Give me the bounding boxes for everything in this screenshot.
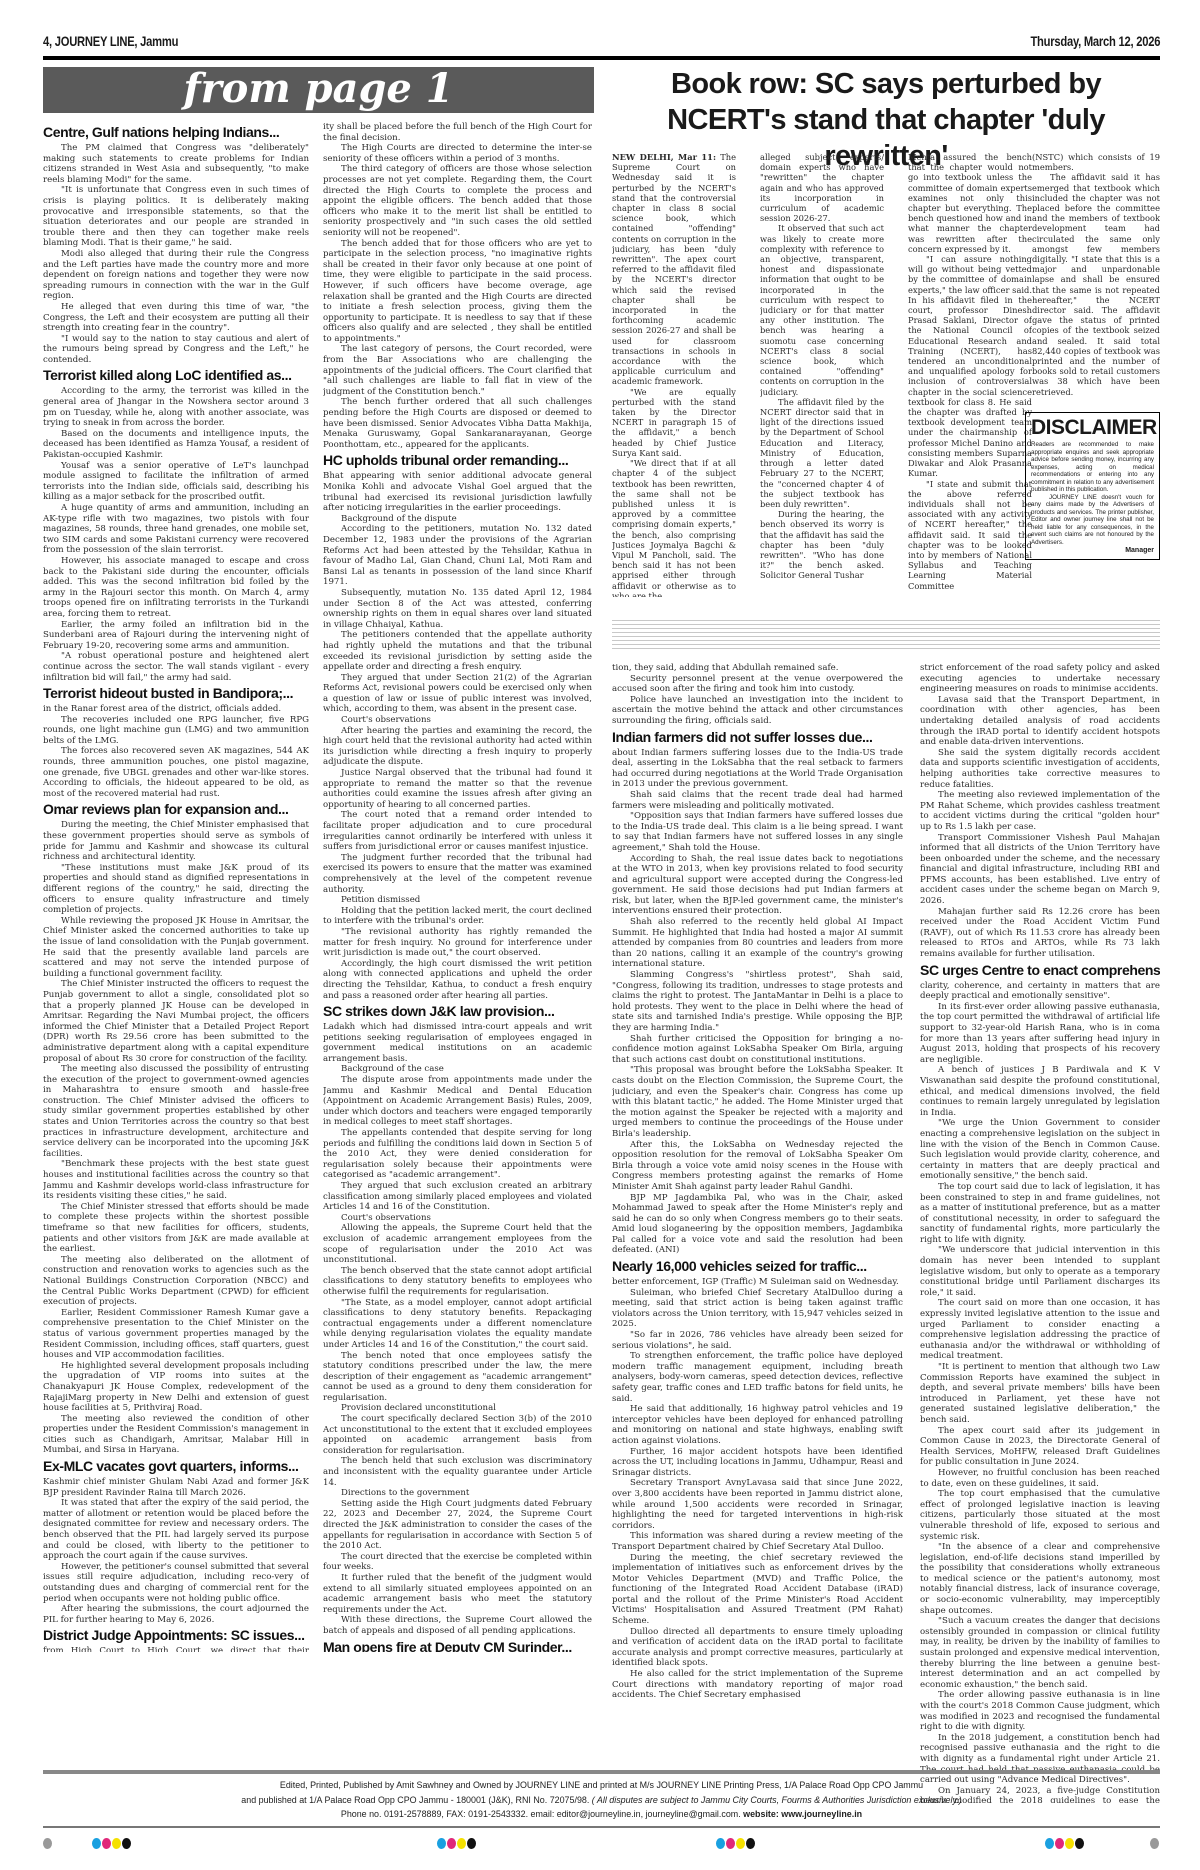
issue-date: Thursday, March 12, 2026	[1030, 33, 1160, 49]
paragraph: Lavasa said that the Transport Departmen…	[920, 695, 1160, 748]
masthead-rule	[43, 56, 1160, 60]
paragraph: The recoveries included one RPG launcher…	[43, 715, 309, 747]
subheading: Directions to the government	[323, 1488, 592, 1499]
paragraph: Transport Commissioner Vishesh Paul Maha…	[920, 833, 1160, 907]
paragraph: Suleiman, who briefed Chief Secretary At…	[612, 1288, 903, 1330]
paragraph: The court said on more than one occasion…	[920, 1298, 1160, 1362]
paragraph: "I state and submit that the above refer…	[908, 479, 1032, 591]
page-folio: 4, JOURNEY LINE, Jammu	[43, 33, 178, 49]
paragraph: The High Courts are directed to determin…	[323, 143, 592, 164]
story-bandipora-hideout: Terrorist hideout busted in Bandipora;..…	[43, 685, 309, 799]
footer-rule	[43, 1770, 1160, 1774]
disclaimer-title: DISCLAIMER	[1031, 417, 1154, 439]
story-headline: Omar reviews plan for expansion and...	[43, 801, 309, 818]
subheading: Background of the case	[323, 1064, 592, 1075]
paragraph: According to Shah, the real issue dates …	[612, 854, 903, 918]
paragraph: "A robust operational posture and height…	[43, 651, 309, 683]
color-registration-marks	[716, 1838, 755, 1850]
story-hc-tribunal: HC upholds tribunal order remanding... B…	[323, 452, 592, 1001]
paragraph: A bench of justices J B Pardiwala and K …	[920, 1065, 1160, 1118]
dateline: NEW DELHI, Mar 11:	[612, 152, 716, 162]
paragraph: A huge quantity of arms and ammunition, …	[43, 503, 309, 556]
story-headline: Centre, Gulf nations helping Indians...	[43, 124, 309, 141]
story-headline: SC urges Centre to enact comprehensive..…	[920, 962, 1160, 979]
disclaimer-body: JOURNEY LINE doesn't vouch for any claim…	[1031, 494, 1154, 547]
color-registration-marks	[437, 1838, 476, 1850]
paragraph: The third category of officers are those…	[323, 164, 592, 238]
paragraph: "We direct that if at all chapter 4 of t…	[612, 458, 736, 597]
story-man-opens-fire-cont: tion, they said, adding that Abdullah re…	[612, 663, 903, 727]
paragraph: After this, the LokSabha on Wednesday re…	[612, 1140, 903, 1193]
paragraph: Slamming Congress's "shirtless protest",…	[612, 970, 903, 1034]
story-headline: Nearly 16,000 vehicles seized for traffi…	[612, 1258, 903, 1275]
imprint-jurisdiction-note: ( All disputes are subject to Jammu City…	[592, 1794, 962, 1805]
paragraph: The top court said due to lack of legisl…	[920, 1182, 1160, 1246]
paragraph: "This proposal was brought before the Lo…	[612, 1065, 903, 1139]
paragraph: "The State, as a model employer, cannot …	[323, 1298, 592, 1351]
color-registration-marks	[92, 1838, 131, 1850]
paragraph: in the Ranar forest area of the district…	[43, 704, 309, 715]
paragraph: However, no fruitful conclusion has been…	[920, 1468, 1160, 1489]
paragraph: The last category of persons, the Court …	[323, 344, 592, 397]
subheading: Background of the dispute	[323, 514, 592, 525]
paragraph: Earlier, the army foiled an infiltration…	[43, 620, 309, 652]
paragraph: Secretary Transport AvnyLavasa said that…	[612, 1478, 903, 1531]
from-page-1-banner: from page 1	[43, 67, 594, 113]
subheading: Court's observations	[323, 1213, 592, 1224]
paragraph: According to the petitioners, mutation N…	[323, 524, 592, 588]
story-centre-gulf: Centre, Gulf nations helping Indians... …	[43, 124, 309, 365]
subheading: Petition dismissed	[323, 895, 592, 906]
lead-story-column-4: (NSTC) which consists of 19 members. The…	[1032, 152, 1160, 407]
paragraph: ity shall be placed before the full benc…	[323, 122, 592, 143]
paragraph: Subsequently, mutation No. 135 dated Apr…	[323, 588, 592, 630]
paragraph: "These institutions must make J&K proud …	[43, 863, 309, 916]
paragraph: The Chief Minister instructed the office…	[43, 979, 309, 1064]
story-vehicles-seized-cont: strict enforcement of the road safety po…	[920, 663, 1160, 960]
imprint-line-3: Phone no. 0191-2578889, FAX: 0191-254333…	[71, 1807, 1132, 1822]
paragraph: "Benchmark these projects with the best …	[43, 1159, 309, 1201]
paragraph: Shah said claims that the recent trade d…	[612, 790, 903, 811]
lead-story-column-2: alleged subject experts/ domain experts …	[760, 152, 884, 597]
paragraph: During the meeting, the chief secretary …	[612, 1553, 903, 1627]
story-ex-mlc-quarters: Ex-MLC vacates govt quarters, informs...…	[43, 1458, 309, 1625]
paragraph: Based on the documents and intelligence …	[43, 429, 309, 461]
left-column: Centre, Gulf nations helping Indians... …	[43, 122, 309, 1652]
paragraph: To strengthen enforcement, the traffic p…	[612, 1351, 903, 1404]
paragraph: The forces also recovered seven AK magaz…	[43, 746, 309, 799]
paragraph: Kashmir chief minister Ghulam Nabi Azad …	[43, 1477, 309, 1498]
paragraph: It was stated that after the expiry of t…	[43, 1498, 309, 1562]
lead-story-column-1: NEW DELHI, Mar 11: The Supreme Court on …	[612, 152, 736, 597]
paragraph: BJP MP Jagdambika Pal, who was in the Ch…	[612, 1193, 903, 1257]
imprint-line-1: Edited, Printed, Published by Amit Sawhn…	[71, 1778, 1132, 1793]
paragraph: The affidavit filed by the NCERT directo…	[760, 397, 884, 509]
paragraph: The Chief Minister stressed that efforts…	[43, 1202, 309, 1255]
paragraph: Further, 16 major accident hotspots have…	[612, 1447, 903, 1479]
lower-middle-column: tion, they said, adding that Abdullah re…	[612, 663, 903, 1803]
story-headline: District Judge Appointments: SC issues..…	[43, 1627, 309, 1644]
paragraph: The petitioners contended that the appel…	[323, 630, 592, 672]
paragraph: Holding that the petition lacked merit, …	[323, 906, 592, 927]
paragraph: better enforcement, IGP (Traffic) M Sule…	[612, 1277, 903, 1288]
paragraph: It further ruled that the benefit of the…	[323, 1573, 592, 1615]
paragraph: The court specifically declared Section …	[323, 1414, 592, 1456]
paragraph: clarity, coherence, and certainty in mat…	[920, 981, 1160, 1002]
paragraph: Justice Nargal observed that the tribuna…	[323, 768, 592, 810]
lower-right-column: strict enforcement of the road safety po…	[920, 663, 1160, 1803]
paragraph: The appellants contended that despite se…	[323, 1128, 592, 1181]
paragraph: According to the army, the terrorist was…	[43, 386, 309, 428]
paragraph: "The revisional authority has rightly re…	[323, 927, 592, 959]
paragraph: (NSTC) which consists of 19 members.	[1032, 152, 1160, 172]
paragraph: With these directions, the Supreme Court…	[323, 1615, 592, 1636]
paragraph: "I would say to the nation to stay cauti…	[43, 334, 309, 366]
story-terrorist-killed-loc: Terrorist killed along LoC identified as…	[43, 367, 309, 683]
paragraph: He also called for the strict implementa…	[612, 1669, 903, 1701]
paragraph: This information was shared during a rev…	[612, 1531, 903, 1552]
middle-column: ity shall be placed before the full benc…	[323, 122, 592, 1652]
paragraph: The court directed that the exercise be …	[323, 1552, 592, 1573]
paragraph: strict enforcement of the road safety po…	[920, 663, 1160, 695]
paragraph: Allowing the appeals, the Supreme Court …	[323, 1223, 592, 1265]
subheading: Provision declared unconstitutional	[323, 1403, 592, 1414]
disclaimer-signature: Manager	[1031, 547, 1154, 554]
paragraph: Yousaf was a senior operative of LeT's l…	[43, 461, 309, 503]
story-sc-urges-centre: SC urges Centre to enact comprehensive..…	[920, 962, 1160, 1803]
story-sc-strikes-down: SC strikes down J&K law provision... Lad…	[323, 1003, 592, 1636]
paragraph: The apex court said after its judgement …	[920, 1426, 1160, 1468]
paragraph: from High Court to High Court, we direct…	[43, 1646, 309, 1652]
story-man-opens-fire: Man opens fire at Deputy CM Surinder... …	[323, 1639, 592, 1652]
story-omar-reviews: Omar reviews plan for expansion and... D…	[43, 801, 309, 1456]
paragraph: Mahajan further said Rs 12.26 crore has …	[920, 907, 1160, 960]
story-indian-farmers: Indian farmers did not suffer losses due…	[612, 729, 903, 1257]
registration-mark	[43, 1838, 52, 1850]
paragraph: "We underscore that judicial interventio…	[920, 1245, 1160, 1298]
paragraph: The dispute arose from appointments made…	[323, 1075, 592, 1128]
paragraph: The bench added that for those officers …	[323, 239, 592, 345]
paragraph: The judgment further recorded that the t…	[323, 853, 592, 895]
story-headline: Terrorist hideout busted in Bandipora;..…	[43, 685, 309, 702]
masthead: 4, JOURNEY LINE, Jammu Thursday, March 1…	[43, 33, 1160, 53]
paragraph: They argued that such exclusion created …	[323, 1181, 592, 1213]
subheading: Court's observations	[323, 715, 592, 726]
story-headline: Terrorist killed along LoC identified as…	[43, 367, 309, 384]
paragraph: about Indian farmers suffering losses du…	[612, 748, 903, 790]
story-headline: Ex-MLC vacates govt quarters, informs...	[43, 1458, 309, 1475]
paragraph: Setting aside the High Court judgments d…	[323, 1499, 592, 1552]
paragraph: The meeting also reviewed the condition …	[43, 1414, 309, 1456]
paragraph: After hearing the parties and examining …	[323, 726, 592, 768]
paragraph: After hearing the submissions, the court…	[43, 1604, 309, 1625]
paragraph: "It is pertinent to mention that althoug…	[920, 1362, 1160, 1426]
paragraph: The bench further ordered that all such …	[323, 397, 592, 450]
story-district-judge-cont: ity shall be placed before the full benc…	[323, 122, 592, 450]
paragraph: The meeting also discussed the possibili…	[43, 1064, 309, 1159]
paragraph: tion, they said, adding that Abdullah re…	[612, 663, 903, 674]
story-headline: Man opens fire at Deputy CM Surinder...	[323, 1639, 592, 1652]
story-district-judge: District Judge Appointments: SC issues..…	[43, 1627, 309, 1652]
paragraph: However, his associate managed to escape…	[43, 556, 309, 620]
imprint-contact: Phone no. 0191-2578889, FAX: 0191-254333…	[341, 1808, 741, 1819]
paragraph: The bench observed that the state cannot…	[323, 1266, 592, 1298]
paragraph: Dulloo directed all departments to ensur…	[612, 1627, 903, 1669]
paragraph: alleged subject experts/ domain experts …	[760, 152, 884, 223]
lead-story-column-3: Mehta assured the bench that the chapter…	[908, 152, 1032, 597]
paragraph: The bench held that such exclusion was d…	[323, 1456, 592, 1488]
paragraph: Bhat appearing with senior additional ad…	[323, 471, 592, 513]
disclaimer-body: Readers are recommended to make appropri…	[1031, 441, 1154, 494]
paragraph: Modi also alleged that during their rule…	[43, 249, 309, 302]
paragraph: She said the system digitally records ac…	[920, 748, 1160, 790]
paragraph: They argued that under Section 21(2) of …	[323, 673, 592, 715]
story-headline: Indian farmers did not suffer losses due…	[612, 729, 903, 746]
section-divider	[612, 620, 1160, 650]
paragraph: It observed that such act was likely to …	[760, 223, 884, 396]
paragraph: The meeting also reviewed implementation…	[920, 790, 1160, 832]
paragraph: The meeting also deliberated on the allo…	[43, 1255, 309, 1308]
paragraph: He alleged that even during this time of…	[43, 302, 309, 334]
story-headline: HC upholds tribunal order remanding...	[323, 452, 592, 469]
paragraph: The order allowing passive euthanasia is…	[920, 1690, 1160, 1732]
paragraph: "It is unfortunate that Congress even in…	[43, 185, 309, 249]
registration-mark	[1150, 1838, 1159, 1850]
paragraph: However, the petitioner's counsel submit…	[43, 1562, 309, 1604]
paragraph: "In the absence of a clear and comprehen…	[920, 1542, 1160, 1616]
paragraph: Police have launched an investigation in…	[612, 695, 903, 727]
paragraph: In its first-ever order allowing passive…	[920, 1002, 1160, 1066]
paragraph: During the meeting, the Chief Minister e…	[43, 820, 309, 862]
paragraph: The PM claimed that Congress was "delibe…	[43, 143, 309, 185]
paragraph: The Supreme Court on Wednesday said it i…	[612, 152, 736, 386]
paragraph: He highlighted several development propo…	[43, 1361, 309, 1414]
paragraph: "We urge the Union Government to conside…	[920, 1118, 1160, 1182]
story-headline: SC strikes down J&K law provision...	[323, 1003, 592, 1020]
paragraph: The bench noted that once employees sati…	[323, 1351, 592, 1404]
imprint: Edited, Printed, Published by Amit Sawhn…	[71, 1778, 1132, 1822]
paragraph: "I can assure nothing will go without be…	[908, 254, 1032, 478]
paragraph: Earlier, Resident Commissioner Ramesh Ku…	[43, 1308, 309, 1361]
footer-rule	[43, 1826, 1160, 1828]
paragraph: Shah further criticised the Opposition f…	[612, 1034, 903, 1066]
paragraph: Ladakh which had dismissed intra-court a…	[323, 1022, 592, 1064]
paragraph: The court noted that a remand order inte…	[323, 810, 592, 852]
paragraph: "So far in 2026, 786 vehicles have alrea…	[612, 1330, 903, 1351]
paragraph: "Such a vacuum creates the danger that d…	[920, 1616, 1160, 1690]
paragraph: Mehta assured the bench that the chapter…	[908, 152, 1032, 254]
paragraph: "We are equally perturbed with the stand…	[612, 387, 736, 458]
paragraph: Accordingly, the high court dismissed th…	[323, 959, 592, 1001]
paragraph: Shah also referred to the recently held …	[612, 917, 903, 970]
paragraph: The top court emphasised that the cumula…	[920, 1489, 1160, 1542]
paragraph: During the hearing, the bench observed i…	[760, 509, 884, 580]
imprint-address: and published at 1/A Palace Road Opp CPO…	[241, 1794, 589, 1805]
paragraph: The affidavit said it has emerged that t…	[1032, 172, 1160, 396]
disclaimer-box: DISCLAIMER Readers are recommended to ma…	[1025, 412, 1160, 560]
paragraph: He said that additionally, 16 highway pa…	[612, 1404, 903, 1446]
story-vehicles-seized: Nearly 16,000 vehicles seized for traffi…	[612, 1258, 903, 1701]
paragraph: While reviewing the proposed JK House in…	[43, 916, 309, 980]
color-registration-marks	[1045, 1838, 1084, 1850]
imprint-website: website: www.journeyline.in	[743, 1808, 862, 1819]
imprint-line-2: and published at 1/A Palace Road Opp CPO…	[71, 1793, 1132, 1808]
paragraph: "Opposition says that Indian farmers hav…	[612, 811, 903, 853]
paragraph: Security personnel present at the venue …	[612, 674, 903, 695]
